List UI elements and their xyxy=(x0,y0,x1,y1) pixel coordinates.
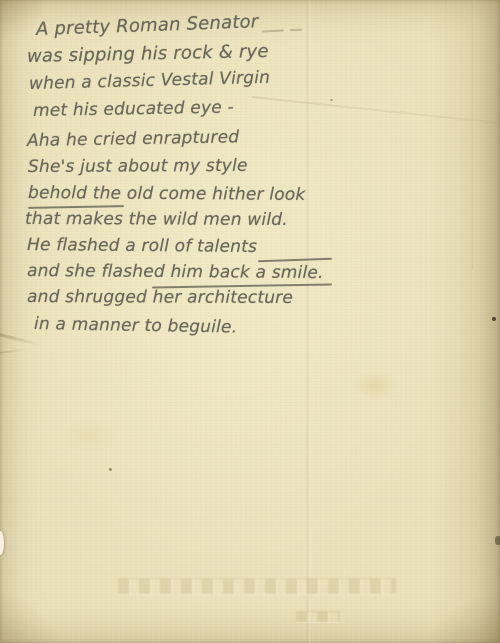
poem-line: Aha he cried enraptured xyxy=(27,127,240,151)
poem-line: She's just about my style xyxy=(28,156,248,177)
poem-line: behold the old come hither look xyxy=(28,183,306,205)
pencil-dash-flourish xyxy=(262,29,284,32)
poem-line: that makes the wild men wild. xyxy=(25,209,288,230)
poem-line: in a manner to beguile. xyxy=(34,314,238,338)
manuscript-page: A pretty Roman Senator was sipping his r… xyxy=(0,0,500,643)
pencil-overline-stroke xyxy=(258,258,332,262)
pencil-overline-stroke xyxy=(28,205,124,208)
poem-line: A pretty Roman Senator xyxy=(36,11,259,40)
poem-line: when a classic Vestal Virgin xyxy=(29,68,271,94)
poem-line: and shrugged her architecture xyxy=(27,287,293,308)
poem-line: was sipping his rock & rye xyxy=(27,41,269,67)
poem-line: and she flashed him back a smile. xyxy=(27,261,324,283)
poem-line: He flashed a roll of talents xyxy=(27,235,257,257)
pencil-dash-flourish xyxy=(290,29,302,31)
poem-line: met his educated eye - xyxy=(33,97,234,121)
poem: A pretty Roman Senator was sipping his r… xyxy=(0,0,500,643)
